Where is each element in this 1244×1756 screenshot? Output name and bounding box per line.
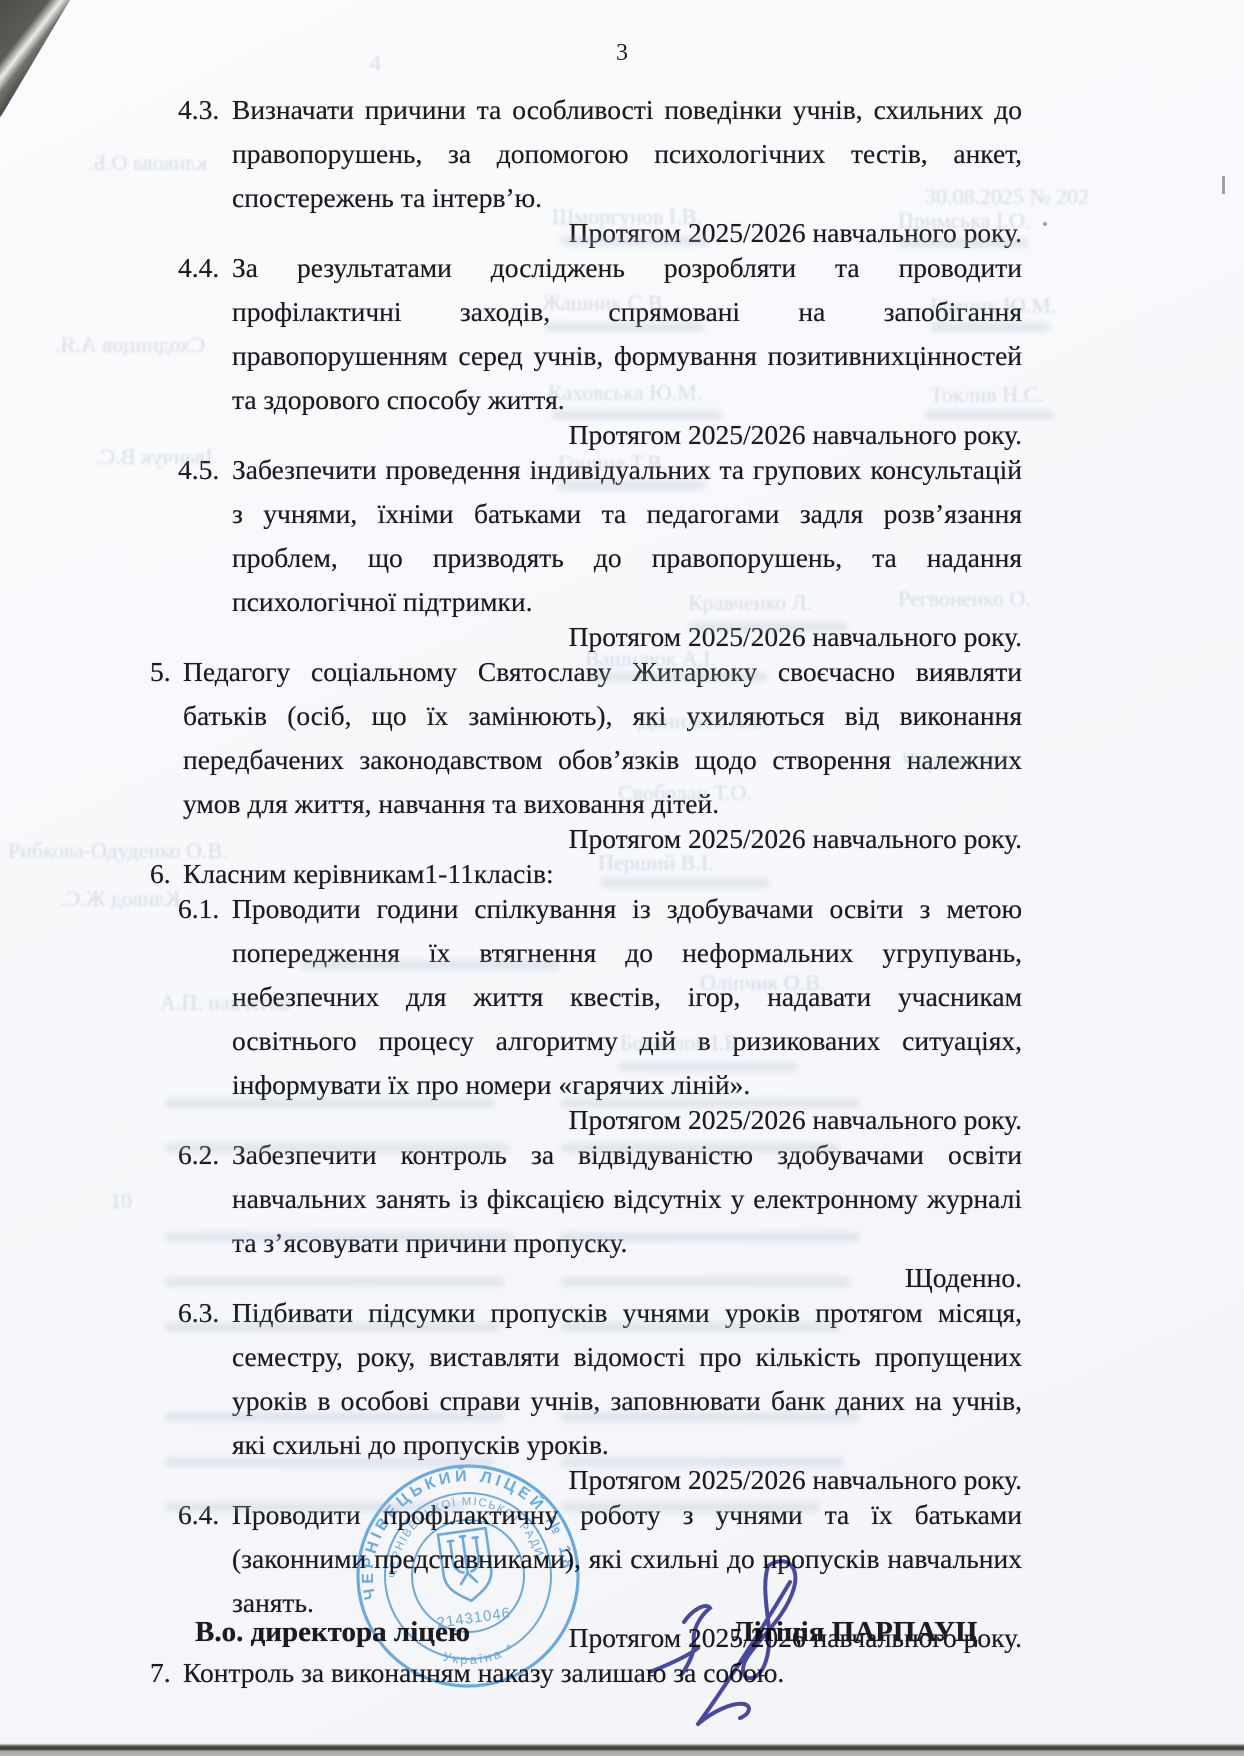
bleed-through-text: Іванчук В.С. [95, 444, 213, 470]
bleed-through-line [545, 322, 705, 332]
bleed-through-line [560, 1412, 860, 1422]
bleed-through-line [165, 1502, 465, 1512]
bleed-through-line [588, 672, 768, 682]
bleed-through-line [165, 1232, 515, 1242]
stamp-outer-text: ЧЕРНІВЕЦЬКИЙ ЛІЦЕЙ № 18 [346, 1452, 577, 1601]
bleed-through-text: 10 [110, 1188, 132, 1214]
bleed-through-line [560, 236, 710, 246]
bleed-through-line [300, 960, 560, 970]
order-item-5: 5.Педагогу соціальному Святославу Житарю… [150, 650, 1022, 826]
handwritten-signature [640, 1552, 810, 1732]
bleed-through-line [560, 1502, 820, 1512]
bleed-through-text: Чорнов А.Т. [902, 748, 1015, 774]
bleed-through-text: Свободан Т.О. [618, 780, 752, 806]
trident-emblem-icon [438, 1528, 495, 1604]
bleed-through-text: Токлив Н.С. [930, 382, 1044, 408]
bleed-through-text: Гоцина Т.В. [558, 450, 667, 476]
bleed-through-text: Шморгунов І.В. [552, 204, 702, 230]
order-item-6-3: 6.3.Підбивати підсумки пропусків учнями … [150, 1291, 1022, 1467]
item-number: 4.3. [178, 88, 219, 132]
scan-speck [1043, 222, 1047, 226]
scanned-order-page: 3 4.3.Визначати причини та особливості п… [0, 0, 1244, 1756]
bleed-through-line [165, 1098, 495, 1108]
item-text: Визначати причини та особливості поведін… [232, 94, 1022, 213]
page-number: 3 [0, 40, 1244, 67]
stamp-country-text: Україна * [439, 1639, 518, 1672]
bleed-through-text: 4 [370, 50, 381, 76]
bleed-through-text: Кравченко Л. [688, 590, 812, 616]
bleed-through-text: Данилюк А.Б. [638, 708, 769, 734]
bleed-through-text: Перший В.І. [598, 850, 714, 876]
bleed-through-line [560, 1098, 860, 1108]
bleed-through-line [560, 1277, 850, 1287]
bleed-through-line [560, 1143, 840, 1153]
bleed-through-line [552, 410, 722, 420]
bleed-through-line [925, 410, 1055, 420]
bleed-through-line [556, 480, 706, 490]
bleed-through-text: Каховська Ю.М. [548, 380, 702, 406]
item-number: 6.2. [178, 1133, 219, 1177]
stamp-registration-code: 21431046 [436, 1604, 512, 1631]
item-number: 7. [150, 1651, 171, 1695]
bleed-through-line [560, 1232, 860, 1242]
bleed-through-line [930, 322, 1050, 332]
scan-speck [1222, 176, 1225, 194]
bleed-through-line [165, 1277, 505, 1287]
bleed-through-line [600, 878, 770, 888]
bleed-through-text: 30.08.2025 № 202 [925, 184, 1089, 210]
bleed-through-text: Регвоненко О. [898, 586, 1031, 612]
bleed-through-line [560, 1457, 845, 1467]
bleed-through-line [165, 1143, 510, 1153]
bleed-through-text: Рибкова-Одуденко О.В. [8, 838, 228, 864]
item-number: 4.4. [178, 246, 219, 290]
scan-bottom-edge-artifact [0, 1742, 1244, 1756]
bleed-through-text: Вашилюк А.І. [585, 646, 716, 672]
bleed-through-text: Примська І.О. [898, 208, 1030, 234]
item-text: Класним керівникам1-11класів: [183, 858, 554, 889]
item-number: 5. [150, 650, 171, 694]
bleed-through-text: кликова О.Б. [88, 150, 207, 176]
bleed-through-text: Богослов І.Б. [620, 1030, 742, 1056]
bleed-through-text: Сходницов А.Я. [55, 332, 205, 358]
bleed-through-text: Жашник С.В. [542, 290, 668, 316]
bleed-through-line [165, 1412, 505, 1422]
official-round-stamp: ЧЕРНІВЕЦЬКИЙ ЛІЦЕЙ № 18 ЧЕРНІВЕЦЬКОЇ МІС… [338, 1446, 598, 1706]
bleed-through-text: А.П. навчегов [160, 990, 290, 1016]
bleed-through-line [560, 1322, 840, 1332]
bleed-through-line [165, 1457, 495, 1467]
bleed-through-line [165, 1322, 500, 1332]
bleed-through-line [618, 1062, 798, 1072]
bleed-through-text: Кливод Ж.С. [60, 886, 180, 912]
order-item-4-3: 4.3.Визначати причини та особливості пов… [150, 88, 1022, 220]
item-number: 6.4. [178, 1493, 219, 1537]
bleed-through-line [688, 622, 848, 632]
bleed-through-text: Оліпчик О.В. [700, 970, 825, 996]
bleed-through-line [898, 238, 1028, 248]
bleed-through-text: Бреник Ю.М. [930, 293, 1056, 319]
item-number: 6.1. [178, 887, 219, 931]
